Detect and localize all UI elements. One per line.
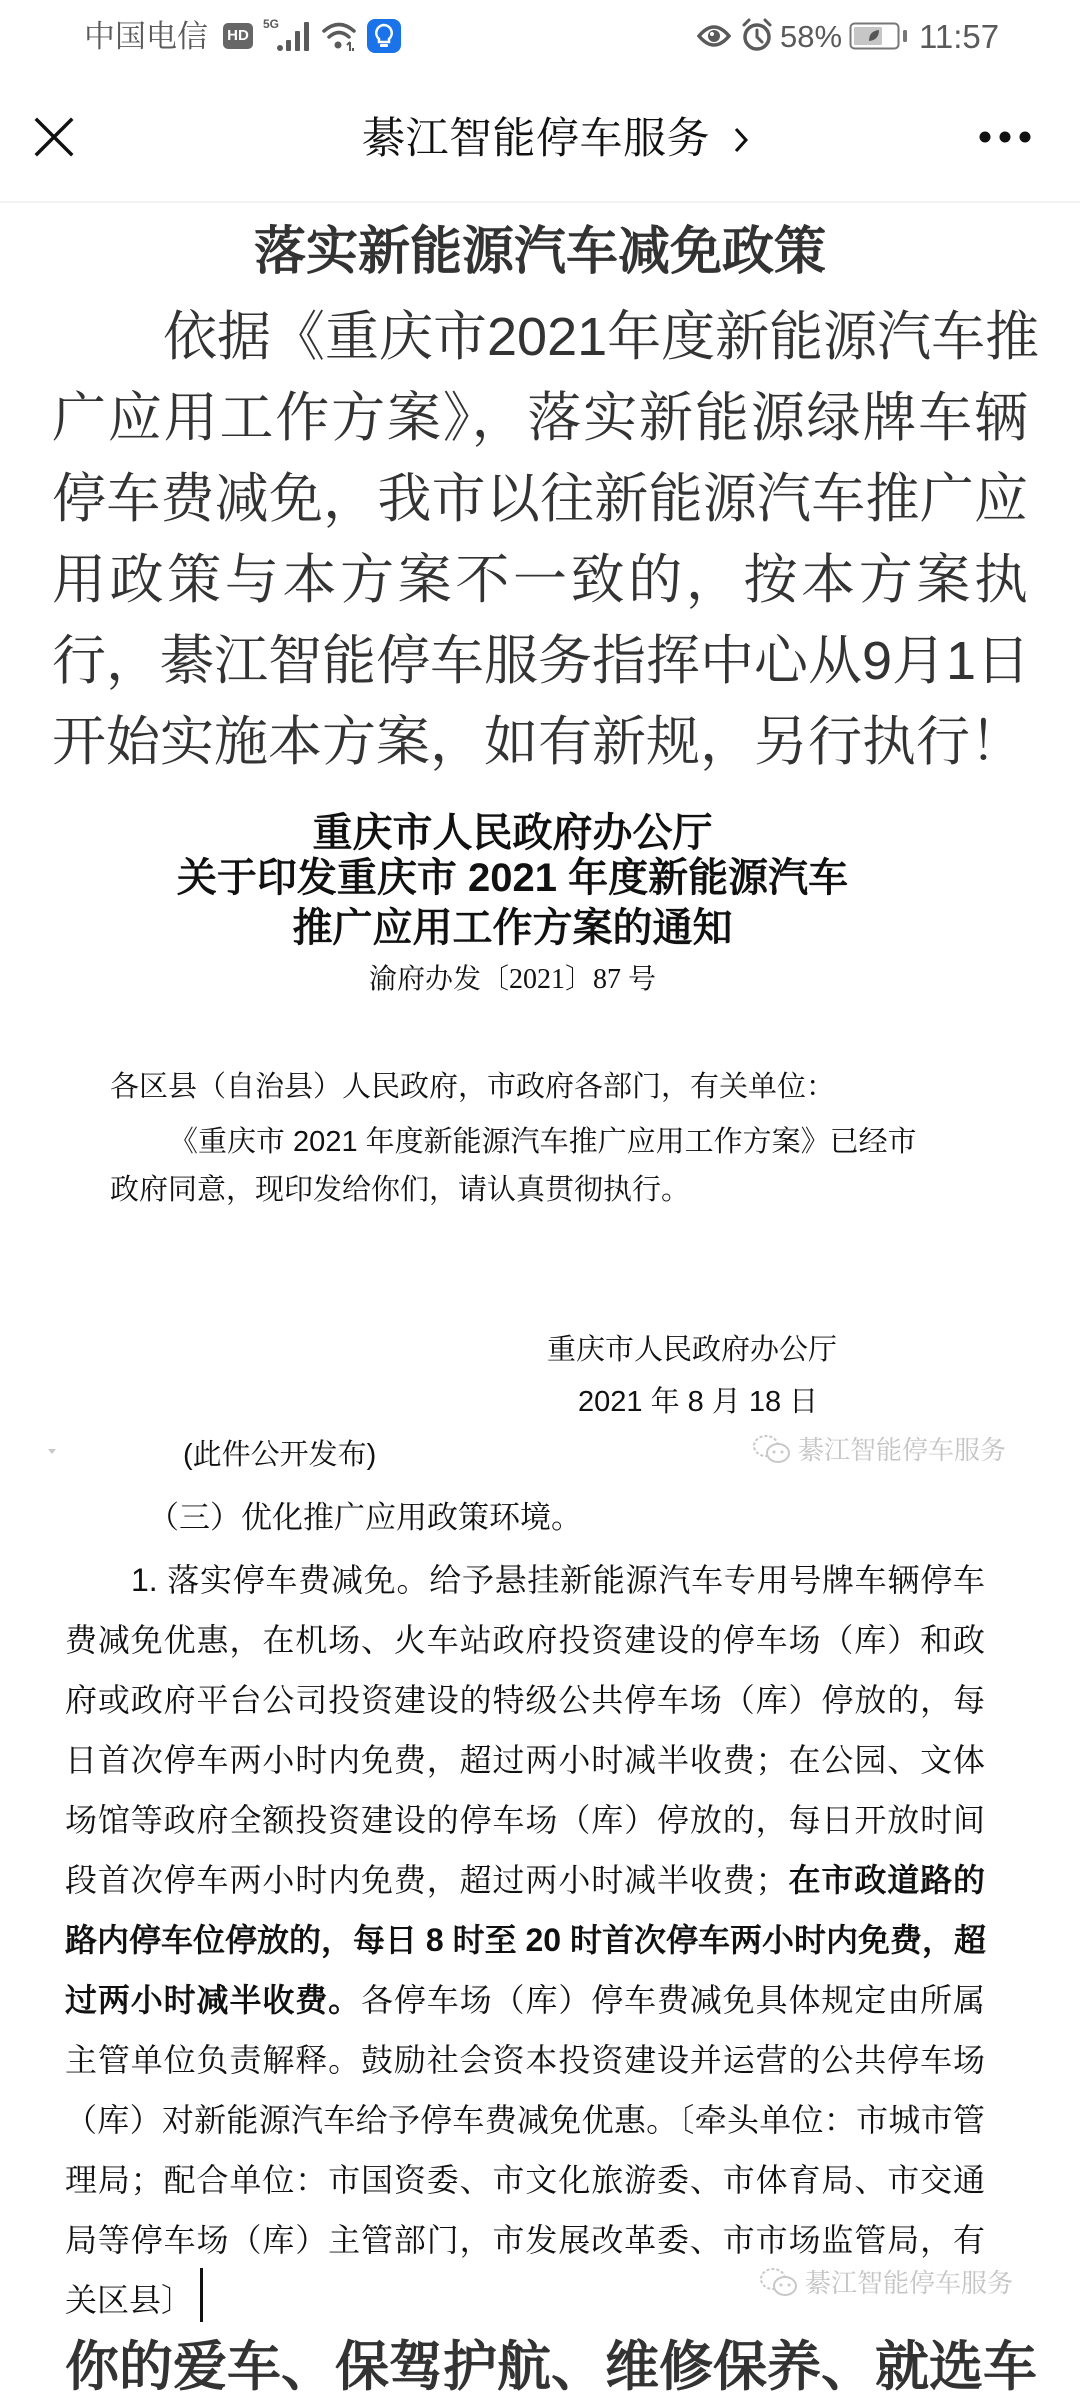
doc-signature-date: 2021 年 8 月 18 日: [578, 1384, 818, 1420]
carrier-name: 中国电信: [84, 16, 208, 58]
top-nav-bar: 綦江智能停车服务: [0, 72, 1080, 203]
eye-icon: [697, 22, 731, 50]
policy-text: 理局；配合单位：市国资委、市文化旅游委、市体育局、市交通: [65, 2162, 985, 2198]
policy-text: 段首次停车两小时内免费，超过两小时减半收费；: [65, 1862, 788, 1898]
close-icon[interactable]: [34, 117, 74, 157]
policy-text: 日首次停车两小时内免费，超过两小时减半收费；在公园、文体: [65, 1742, 985, 1778]
policy-text: 局等停车场（库）主管部门，市发展改革委、市市场监管局，有: [65, 2222, 985, 2258]
wifi-icon: [322, 20, 360, 52]
policy-line: 1. 落实停车费减免。给予悬挂新能源汽车专用号牌车辆停车: [65, 1558, 985, 1602]
doc-body-line: 《重庆市 2021 年度新能源汽车推广应用工作方案》已经市: [169, 1124, 917, 1160]
intro-line: 开始实施本方案，如有新规，另行执行！: [52, 702, 1028, 783]
policy-text-bold: 在市政道路的: [788, 1862, 985, 1898]
account-title-link[interactable]: 綦江智能停车服务: [362, 112, 762, 166]
text-cursor: [200, 2268, 203, 2322]
policy-text: 主管单位负责解释。鼓励社会资本投资建设并运营的公共停车场: [65, 2042, 985, 2078]
wechat-icon: [759, 2267, 799, 2299]
article-headline: 落实新能源汽车减免政策: [0, 222, 1080, 282]
policy-text-bold: 路内停车位停放的，每日 8 时至 20 时首次停车两小时内免费，超: [65, 1922, 986, 1958]
bulb-app-icon: [367, 19, 401, 53]
battery-percentage: 58%: [780, 16, 842, 58]
policy-text: 1. 落实停车费减免。给予悬挂新能源汽车专用号牌车辆停车: [131, 1562, 985, 1598]
doc-title-line: 重庆市人民政府办公厅: [0, 809, 1025, 857]
policy-line: 理局；配合单位：市国资委、市文化旅游委、市体育局、市交通: [65, 2158, 985, 2202]
account-title: 綦江智能停车服务: [362, 114, 710, 164]
signal-icon: [276, 20, 314, 52]
policy-text: 关区县〕: [65, 2282, 193, 2318]
marker-icon: [48, 1449, 56, 1454]
doc-title-line: 推广应用工作方案的通知: [0, 904, 1025, 952]
intro-line: 停车费减免，我市以往新能源汽车推广应: [52, 459, 1028, 540]
wechat-icon: [752, 1434, 792, 1466]
policy-line: 路内停车位停放的，每日 8 时至 20 时首次停车两小时内免费，超: [65, 1918, 985, 1962]
doc-salutation: 各区县（自治县）人民政府，市政府各部门，有关单位：: [110, 1069, 835, 1105]
intro-line: 广应用工作方案》，落实新能源绿牌车辆: [52, 378, 1028, 459]
policy-line: （库）对新能源汽车给予停车费减免优惠。〔牵头单位：市城市管: [65, 2098, 985, 2142]
policy-line: 府或政府平台公司投资建设的特级公共停车场（库）停放的，每: [65, 1678, 985, 1722]
intro-line: 依据《重庆市2021年度新能源汽车推: [52, 297, 1028, 378]
watermark: 綦江智能停车服务: [752, 1434, 1006, 1466]
chevron-right-icon: [732, 126, 750, 154]
policy-line: 日首次停车两小时内免费，超过两小时减半收费；在公园、文体: [65, 1738, 985, 1782]
watermark-text: 綦江智能停车服务: [798, 1434, 1006, 1466]
status-bar: 中国电信 HD 5G 58% 11:57: [0, 0, 1080, 72]
doc-body-line: 政府同意，现印发给你们，请认真贯彻执行。: [110, 1172, 690, 1208]
policy-text: 府或政府平台公司投资建设的特级公共停车场（库）停放的，每: [65, 1682, 985, 1718]
doc-title-line: 关于印发重庆市 2021 年度新能源汽车: [0, 854, 1025, 902]
policy-line: 费减免优惠，在机场、火车站政府投资建设的停车场（库）和政: [65, 1618, 985, 1662]
policy-text: （库）对新能源汽车给予停车费减免优惠。〔牵头单位：市城市管: [65, 2102, 985, 2138]
policy-line: 段首次停车两小时内免费，超过两小时减半收费；在市政道路的: [65, 1858, 985, 1902]
doc-number: 渝府办发〔2021〕87 号: [0, 962, 1025, 998]
intro-line: 行，綦江智能停车服务指挥中心从9月1日: [52, 621, 1028, 702]
clock-time: 11:57: [919, 16, 999, 58]
watermark-text: 綦江智能停车服务: [805, 2267, 1013, 2299]
intro-line: 用政策与本方案不一致的，按本方案执: [52, 540, 1028, 621]
policy-text: 场馆等政府全额投资建设的停车场（库）停放的，每日开放时间: [65, 1802, 985, 1838]
more-icon[interactable]: [978, 127, 1032, 147]
doc-section-heading: （三）优化推广应用政策环境。: [148, 1498, 582, 1538]
policy-line: 场馆等政府全额投资建设的停车场（库）停放的，每日开放时间: [65, 1798, 985, 1842]
hd-icon: HD: [223, 23, 253, 49]
policy-line: 过两小时减半收费。各停车场（库）停车费减免具体规定由所属: [65, 1978, 985, 2022]
alarm-icon: [741, 18, 773, 52]
doc-disclosure-note: (此件公开发布): [183, 1437, 376, 1473]
battery-icon: [849, 22, 909, 50]
policy-text: 费减免优惠，在机场、火车站政府投资建设的停车场（库）和政: [65, 1622, 985, 1658]
doc-signature-org: 重庆市人民政府办公厅: [547, 1332, 837, 1368]
policy-line: 局等停车场（库）主管部门，市发展改革委、市市场监管局，有: [65, 2218, 985, 2262]
policy-text-bold: 过两小时减半收费。: [65, 1982, 361, 2018]
policy-text: 各停车场（库）停车费减免具体规定由所属: [361, 1982, 985, 2018]
promo-heading: 你的爱车、保驾护航、维修保养、就选车: [65, 2337, 1009, 2397]
watermark: 綦江智能停车服务: [759, 2267, 1013, 2299]
policy-line: 主管单位负责解释。鼓励社会资本投资建设并运营的公共停车场: [65, 2038, 985, 2082]
